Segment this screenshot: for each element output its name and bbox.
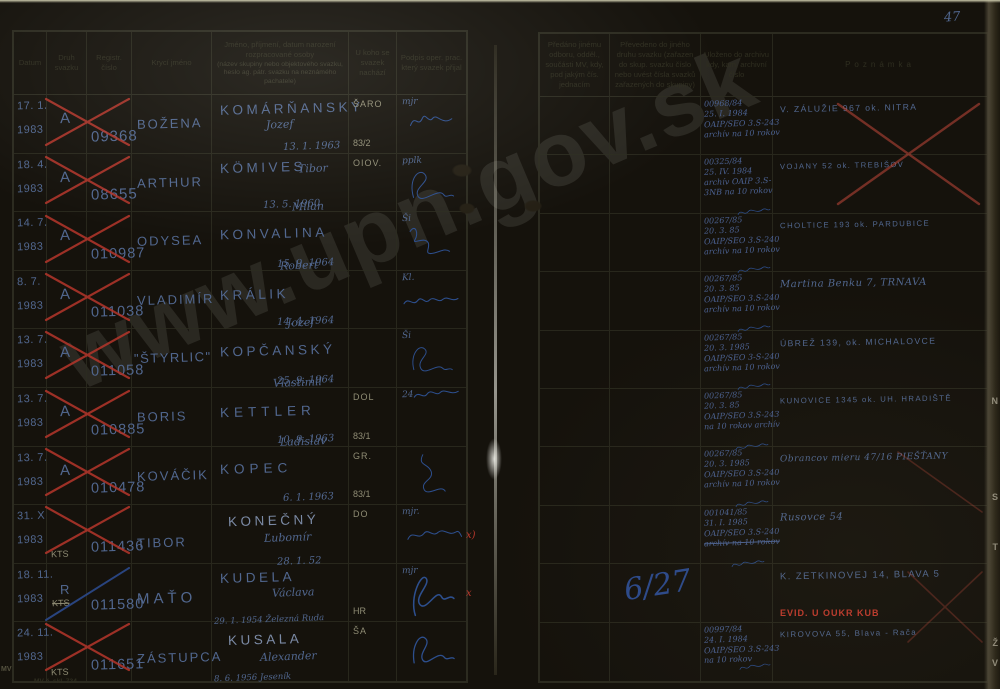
- page-fold-crease: [494, 45, 497, 675]
- cell-u-koho: [349, 329, 397, 388]
- cell-druh: A: [47, 329, 87, 388]
- cell-predano: [540, 214, 610, 272]
- cell-prevedeno: [610, 155, 701, 213]
- cell-poznamka: KUNOVICE 1345 ok. UH. HRADIŠTĚ: [773, 389, 987, 447]
- signature-mark: [401, 291, 461, 315]
- cell-u-koho: DO: [349, 505, 397, 564]
- cell-prevedeno: [610, 447, 701, 505]
- signature-mark: [413, 449, 455, 501]
- cell-u-koho: [349, 212, 397, 271]
- cell-prevedeno: [610, 506, 701, 564]
- cell-registr: 09368: [87, 95, 132, 154]
- header-poznamka: Poznámka: [773, 34, 987, 97]
- cell-druh: A: [47, 95, 87, 154]
- red-evidence-note: EVID. U OUKR KUB: [780, 608, 880, 618]
- form-code-fragment: MV: [1, 666, 12, 673]
- cell-podpis: [397, 622, 466, 681]
- signature-mark: [407, 628, 457, 672]
- signature-mark: [407, 339, 455, 381]
- header-registr-cislo: Registr. číslo: [87, 32, 132, 95]
- register-tab-letter: Ž: [993, 638, 999, 648]
- cell-poznamka: Rusovce 54: [773, 506, 987, 564]
- cell-u-koho: GR.83/1: [349, 447, 397, 506]
- cell-datum: 18. 4.1983: [14, 154, 47, 213]
- signature-mark: [407, 109, 462, 139]
- cell-ulozeno: 00997/8424. I. 1984OAIP/SEO 3.S-243na 10…: [701, 623, 773, 681]
- cell-poznamka: V. ZÁLUŽIE 967 ok. NITRA: [773, 97, 987, 155]
- cell-poznamka: VOJANY 52 ok. TREBIŠOV: [773, 155, 987, 213]
- cell-predano: [540, 331, 610, 389]
- header-ulozeno: Uloženo do archivu kdy, kam, archivní čí…: [701, 34, 773, 97]
- cell-podpis: mjr.: [397, 505, 466, 564]
- punch-hole: [452, 164, 472, 177]
- cell-predano: [540, 506, 610, 564]
- cell-u-koho: DOL83/1: [349, 388, 397, 447]
- cell-druh: A: [47, 447, 87, 506]
- cell-prevedeno: [610, 331, 701, 389]
- cell-kryci: KOVÁČIK: [132, 447, 212, 506]
- red-x-annotation: x): [466, 530, 476, 541]
- cell-jmeno: KRÁLIKRobert14. 4. 1964: [212, 271, 349, 330]
- cell-registr: 010478: [87, 447, 132, 506]
- cell-prevedeno: [610, 97, 701, 155]
- cell-ulozeno: 00267/8520. 3. 85OAIP/SEO 3.S-240archív …: [701, 214, 773, 272]
- book-edge: N S T Ž V: [984, 0, 1000, 689]
- cell-jmeno: KUDELAVáclava29. 1. 1954 Železná Ruda: [212, 564, 349, 623]
- cell-predano: [540, 272, 610, 330]
- cell-podpis: Ši: [397, 329, 466, 388]
- cell-poznamka: ÚBREŽ 139, ok. MICHALOVCE: [773, 331, 987, 389]
- cell-predano: [540, 155, 610, 213]
- right-page-table: Předáno jinému odboru, odděl., součásti …: [538, 32, 989, 683]
- cell-podpis: mjr: [397, 564, 466, 623]
- cell-druh: A: [47, 271, 87, 330]
- cell-registr: 011038: [87, 271, 132, 330]
- cell-kryci: BOŽENA: [132, 95, 212, 154]
- cell-datum: 17. 1.1983: [14, 95, 47, 154]
- cell-ulozeno: [701, 564, 773, 622]
- cell-datum: 18. 11.1983: [14, 564, 47, 623]
- header-podpis: Podpis oper. prac. který svazek přijal: [397, 32, 466, 95]
- cell-datum: 13. 7.1983: [14, 329, 47, 388]
- cell-kryci: TIBOR: [132, 505, 212, 564]
- cell-registr: 08655: [87, 154, 132, 213]
- red-x-annotation: x: [466, 588, 472, 599]
- cell-kryci: ODYSEA: [132, 212, 212, 271]
- cell-jmeno: KOMÁRŇANSKÝJozef13. 1. 1963: [212, 95, 349, 154]
- cell-jmeno: KOPECLadislav6. 1. 1963: [212, 447, 349, 506]
- cell-predano: [540, 623, 610, 681]
- cell-jmeno: KÖMIVESTibor13. 5. 1960: [212, 154, 349, 213]
- cell-podpis: pplk: [397, 154, 466, 213]
- cell-druh: A: [47, 388, 87, 447]
- cell-poznamka: Obrancov mieru 47/16 PIEŠŤANY: [773, 447, 987, 505]
- cell-ulozeno: 00968/8425. I. 1984OAIP/SEO 3.S-243archí…: [701, 97, 773, 155]
- signature-mark: [405, 521, 463, 549]
- cell-kryci: VLADIMÍR: [132, 271, 212, 330]
- cell-ulozeno: 00267/8520. 3. 85OAIP/SEO 3.S-240archív …: [701, 272, 773, 330]
- cell-predano: [540, 447, 610, 505]
- cell-poznamka: Martina Benku 7, TRNAVA: [773, 272, 987, 330]
- cell-ulozeno: 001041/8531. I. 1985OAIP/SEO 3.S-240arch…: [701, 506, 773, 564]
- cell-datum: 14. 7.1983: [14, 212, 47, 271]
- cell-druh: A: [47, 212, 87, 271]
- cell-datum: 24. 11.1983: [14, 622, 47, 681]
- cell-predano: [540, 97, 610, 155]
- form-code: MV č. skl. 734: [34, 678, 77, 685]
- cell-registr: 011436: [87, 505, 132, 564]
- cell-datum: 13. 7.1983: [14, 447, 47, 506]
- signature-mark: [405, 162, 455, 210]
- header-datum: Datum: [14, 32, 47, 95]
- punch-hole: [459, 203, 475, 214]
- cell-datum: 13. 7.1983: [14, 388, 47, 447]
- header-u-koho: U koho se svazek nachází: [349, 32, 397, 95]
- cell-poznamka: KIROVOVA 55, Blava - Rača: [773, 623, 987, 681]
- cell-kryci: MAŤO: [132, 564, 212, 623]
- cell-u-koho: ŠARO83/2: [349, 95, 397, 154]
- scanned-registry-page: www.upn.gov.sk 47 Datum Druh svazku Regi…: [0, 0, 1000, 689]
- cell-u-koho: OIOV.: [349, 154, 397, 213]
- cell-predano: [540, 564, 610, 622]
- cell-datum: 8. 7.1983: [14, 271, 47, 330]
- cell-druh: KTS: [47, 622, 87, 681]
- cell-predano: [540, 389, 610, 447]
- cell-jmeno: KUSALAAlexander8. 6. 1956 Jeseník: [212, 622, 349, 681]
- cell-prevedeno: [610, 623, 701, 681]
- punch-hole: [524, 200, 542, 212]
- cell-poznamka: K. ZETKINOVEJ 14, BLAVA 5EVID. U OUKR KU…: [773, 564, 987, 622]
- cell-registr: 011058: [87, 329, 132, 388]
- register-tab-letter: S: [992, 492, 998, 502]
- header-predano: Předáno jinému odboru, odděl., součásti …: [540, 34, 610, 97]
- cell-podpis: Ši: [397, 212, 466, 271]
- cell-ulozeno: 00267/8520. 3. 1985OAIP/SEO 3-S-240archí…: [701, 331, 773, 389]
- cell-druh: RKTS: [47, 564, 87, 623]
- cell-u-koho: [349, 271, 397, 330]
- cell-ulozeno: 00267/8520. 3. 85OAIP/SEO 3.S-243na 10 r…: [701, 389, 773, 447]
- cell-registr: 011580: [87, 564, 132, 623]
- cell-registr: 010987: [87, 212, 132, 271]
- cell-prevedeno: [610, 272, 701, 330]
- cell-prevedeno: 6/27: [610, 564, 701, 622]
- cell-registr: 010885: [87, 388, 132, 447]
- cell-podpis: [397, 447, 466, 506]
- register-tab-letter: T: [993, 542, 999, 552]
- left-page-table: Datum Druh svazku Registr. číslo Krycí j…: [12, 30, 468, 683]
- paper-tear: [486, 438, 502, 480]
- cell-ulozeno: 00325/8425. IV. 1984archív OAIP 3.S-3NB …: [701, 155, 773, 213]
- cell-poznamka: CHOLTICE 193 ok. PARDUBICE: [773, 214, 987, 272]
- header-kryci-jmeno: Krycí jméno: [132, 32, 212, 95]
- cell-kryci: ZÁSTUPCA: [132, 622, 212, 681]
- cell-druh: A: [47, 154, 87, 213]
- header-jmeno: Jméno, příjmení, datum narození rozpraco…: [212, 32, 349, 95]
- cell-podpis: 24.: [397, 388, 466, 447]
- cell-registr: 011651: [87, 622, 132, 681]
- cell-u-koho: ŠA: [349, 622, 397, 681]
- cell-u-koho: HR: [349, 564, 397, 623]
- cell-druh: KTS: [47, 505, 87, 564]
- page-number: 47: [943, 9, 961, 25]
- register-tab-letter: N: [992, 396, 999, 406]
- cell-jmeno: KONEČNÝĽubomír28. 1. 52: [212, 505, 349, 564]
- cell-kryci: "ŠTYRLIC": [132, 329, 212, 388]
- header-druh-svazku: Druh svazku: [47, 32, 87, 95]
- cell-prevedeno: [610, 214, 701, 272]
- header-prevedeno: Převedeno do jiného druhu svazku (zařaze…: [610, 34, 701, 97]
- signature-mark: [401, 219, 457, 265]
- cell-kryci: BORIS: [132, 388, 212, 447]
- signature-mark: [411, 384, 463, 406]
- group-file-number: 6/27: [622, 563, 694, 608]
- cell-podpis: mjr: [397, 95, 466, 154]
- register-tab-letter: V: [992, 658, 998, 668]
- cell-ulozeno: 00267/8520. 3. 1985OAIP/SEO 3.S-240archí…: [701, 447, 773, 505]
- cell-datum: 31. X1983: [14, 505, 47, 564]
- cell-prevedeno: [610, 389, 701, 447]
- cell-podpis: Kl.: [397, 271, 466, 330]
- cell-kryci: ARTHUR: [132, 154, 212, 213]
